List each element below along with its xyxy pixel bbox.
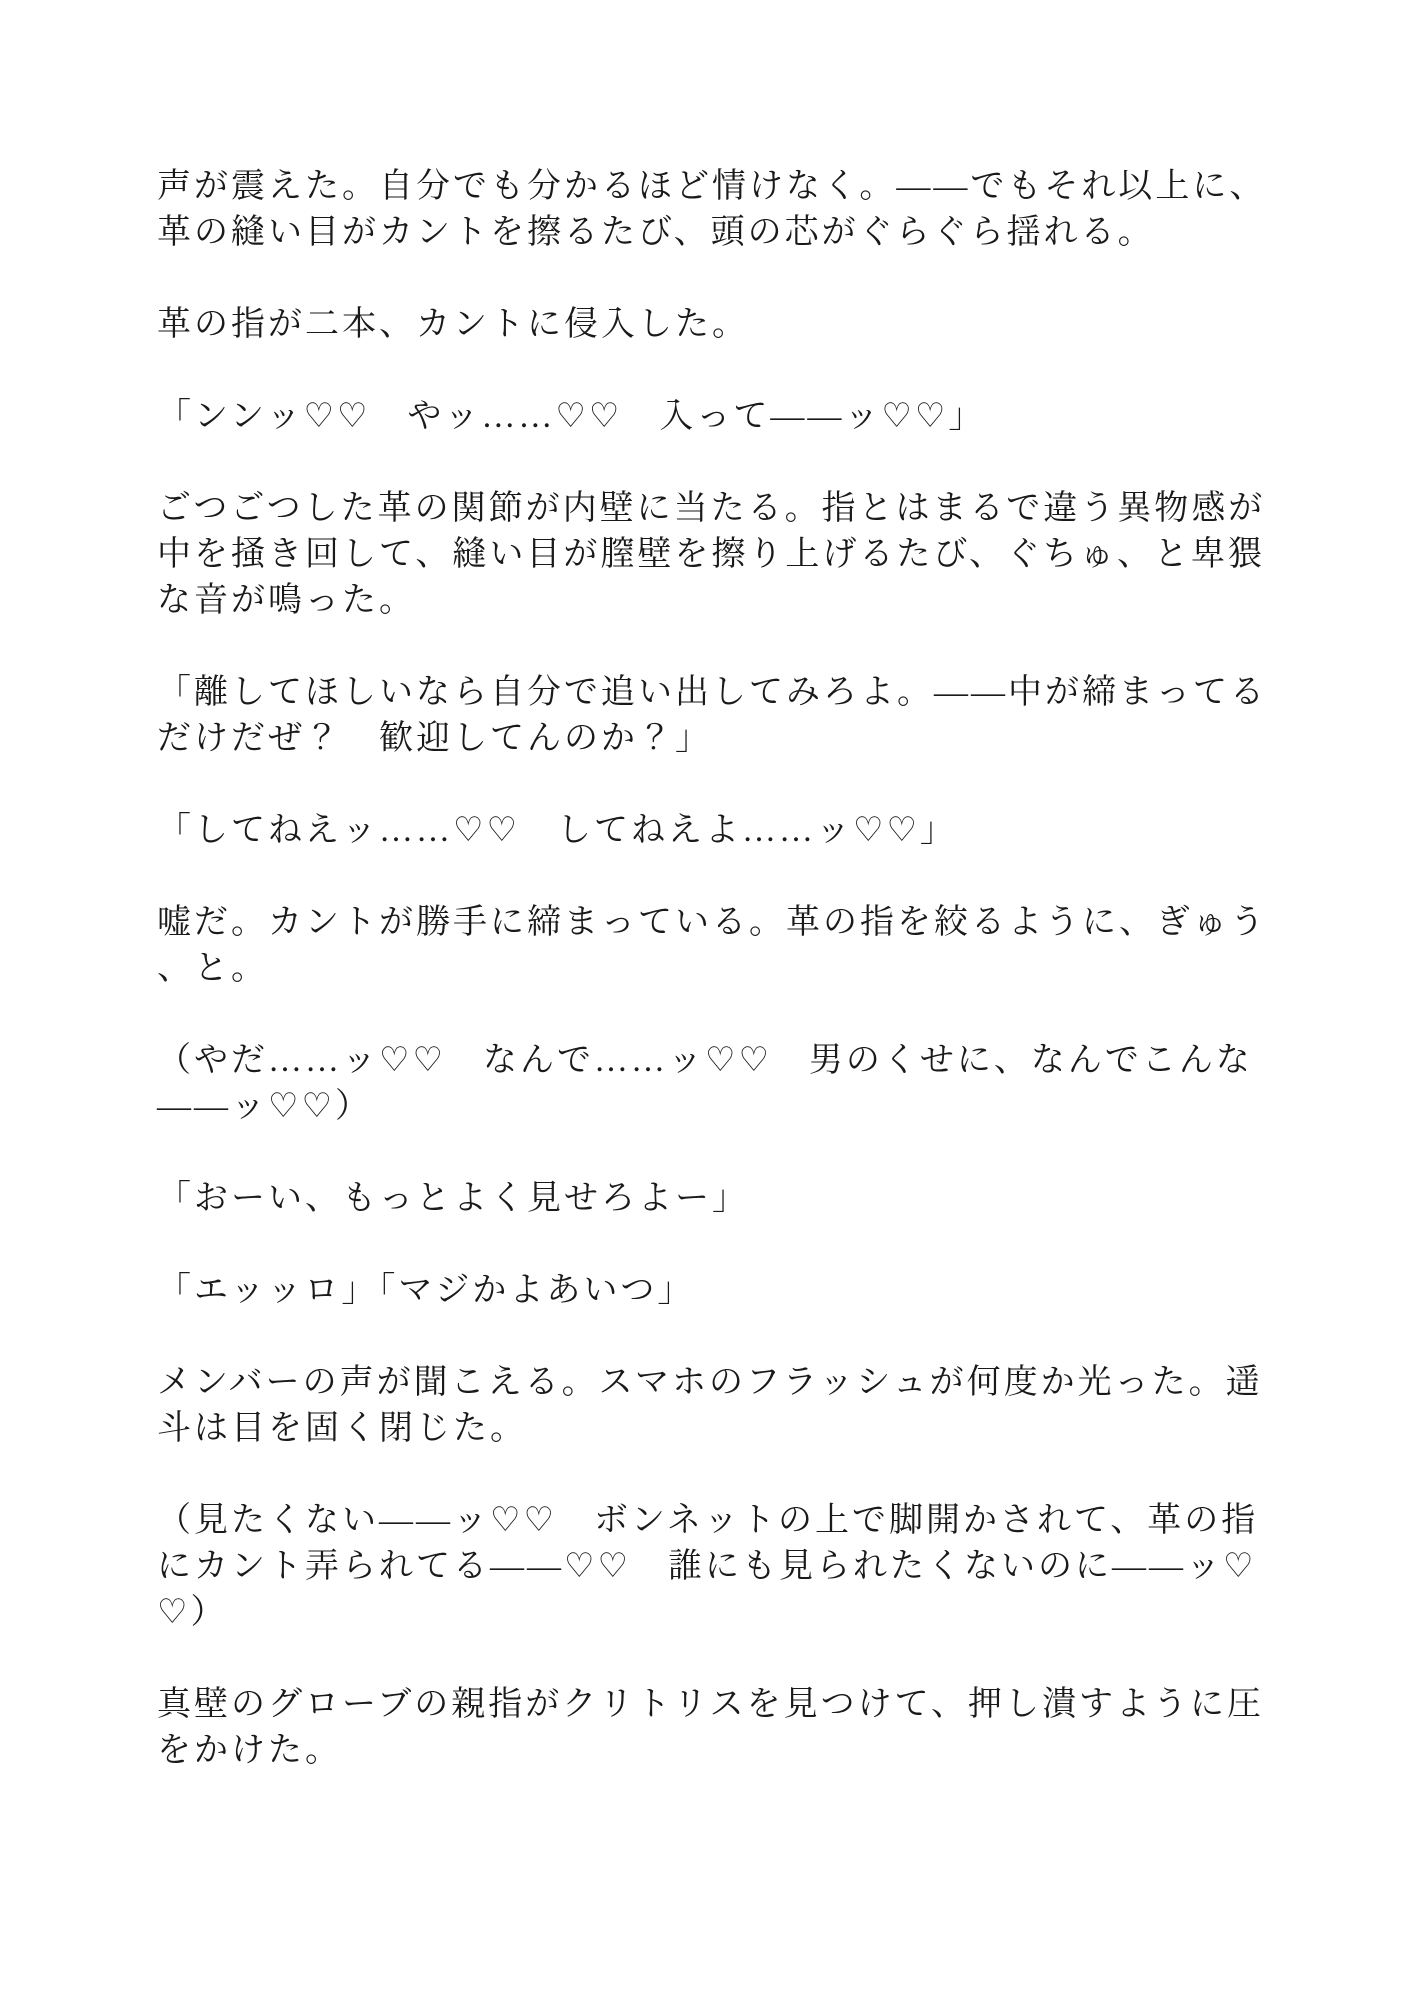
text-line: （やだ……ッ♡♡ なんで……ッ♡♡ 男のくせに、なんでこんな bbox=[157, 1038, 1275, 1084]
text-line: （見たくない――ッ♡♡ ボンネットの上で脚開かされて、革の指 bbox=[157, 1498, 1275, 1544]
text-line: だけだぜ？ 歓迎してんのか？」 bbox=[157, 716, 1275, 762]
text-line: 「おーい、もっとよく見せろよー」 bbox=[157, 1176, 1275, 1222]
text-line: 声が震えた。自分でも分かるほど情けなく。――でもそれ以上に、 bbox=[157, 164, 1275, 210]
paragraph: 真壁のグローブの親指がクリトリスを見つけて、押し潰すように圧をかけた。 bbox=[157, 1682, 1275, 1774]
text-line: 「離してほしいなら自分で追い出してみろよ。――中が締まってる bbox=[157, 670, 1275, 716]
text-line: な音が鳴った。 bbox=[157, 578, 1275, 624]
text-line: 斗は目を固く閉じた。 bbox=[157, 1406, 1275, 1452]
text-line: 「ンンッ♡♡ やッ……♡♡ 入って――ッ♡♡」 bbox=[157, 394, 1275, 440]
paragraph: 「エッッロ」「マジかよあいつ」 bbox=[157, 1268, 1275, 1314]
paragraph: 「ンンッ♡♡ やッ……♡♡ 入って――ッ♡♡」 bbox=[157, 394, 1275, 440]
paragraph: 嘘だ。カントが勝手に締まっている。革の指を絞るように、ぎゅう、と。 bbox=[157, 900, 1275, 992]
paragraph: 声が震えた。自分でも分かるほど情けなく。――でもそれ以上に、革の縫い目がカントを… bbox=[157, 164, 1275, 256]
text-line: 嘘だ。カントが勝手に締まっている。革の指を絞るように、ぎゅう bbox=[157, 900, 1275, 946]
paragraph: （見たくない――ッ♡♡ ボンネットの上で脚開かされて、革の指にカント弄られてる―… bbox=[157, 1498, 1275, 1636]
paragraph: メンバーの声が聞こえる。スマホのフラッシュが何度か光った。遥斗は目を固く閉じた。 bbox=[157, 1360, 1275, 1452]
text-line: をかけた。 bbox=[157, 1728, 1275, 1774]
text-line: 「してねえッ……♡♡ してねえよ……ッ♡♡」 bbox=[157, 808, 1275, 854]
paragraph: ごつごつした革の関節が内壁に当たる。指とはまるで違う異物感が中を掻き回して、縫い… bbox=[157, 486, 1275, 624]
text-body: 声が震えた。自分でも分かるほど情けなく。――でもそれ以上に、革の縫い目がカントを… bbox=[157, 164, 1275, 1774]
text-line: 革の指が二本、カントに侵入した。 bbox=[157, 302, 1275, 348]
text-line: 革の縫い目がカントを擦るたび、頭の芯がぐらぐら揺れる。 bbox=[157, 210, 1275, 256]
text-line: ――ッ♡♡） bbox=[157, 1084, 1275, 1130]
text-line: ごつごつした革の関節が内壁に当たる。指とはまるで違う異物感が bbox=[157, 486, 1275, 532]
paragraph: 革の指が二本、カントに侵入した。 bbox=[157, 302, 1275, 348]
text-line: メンバーの声が聞こえる。スマホのフラッシュが何度か光った。遥 bbox=[157, 1360, 1275, 1406]
text-line: 「エッッロ」「マジかよあいつ」 bbox=[157, 1268, 1275, 1314]
text-line: ♡） bbox=[157, 1590, 1275, 1636]
text-line: にカント弄られてる――♡♡ 誰にも見られたくないのに――ッ♡ bbox=[157, 1544, 1275, 1590]
text-line: 、と。 bbox=[157, 946, 1275, 992]
document-page: 声が震えた。自分でも分かるほど情けなく。――でもそれ以上に、革の縫い目がカントを… bbox=[0, 0, 1415, 2000]
paragraph: （やだ……ッ♡♡ なんで……ッ♡♡ 男のくせに、なんでこんな――ッ♡♡） bbox=[157, 1038, 1275, 1130]
paragraph: 「おーい、もっとよく見せろよー」 bbox=[157, 1176, 1275, 1222]
text-line: 中を掻き回して、縫い目が膣壁を擦り上げるたび、ぐちゅ、と卑猥 bbox=[157, 532, 1275, 578]
paragraph: 「してねえッ……♡♡ してねえよ……ッ♡♡」 bbox=[157, 808, 1275, 854]
text-line: 真壁のグローブの親指がクリトリスを見つけて、押し潰すように圧 bbox=[157, 1682, 1275, 1728]
paragraph: 「離してほしいなら自分で追い出してみろよ。――中が締まってるだけだぜ？ 歓迎して… bbox=[157, 670, 1275, 762]
